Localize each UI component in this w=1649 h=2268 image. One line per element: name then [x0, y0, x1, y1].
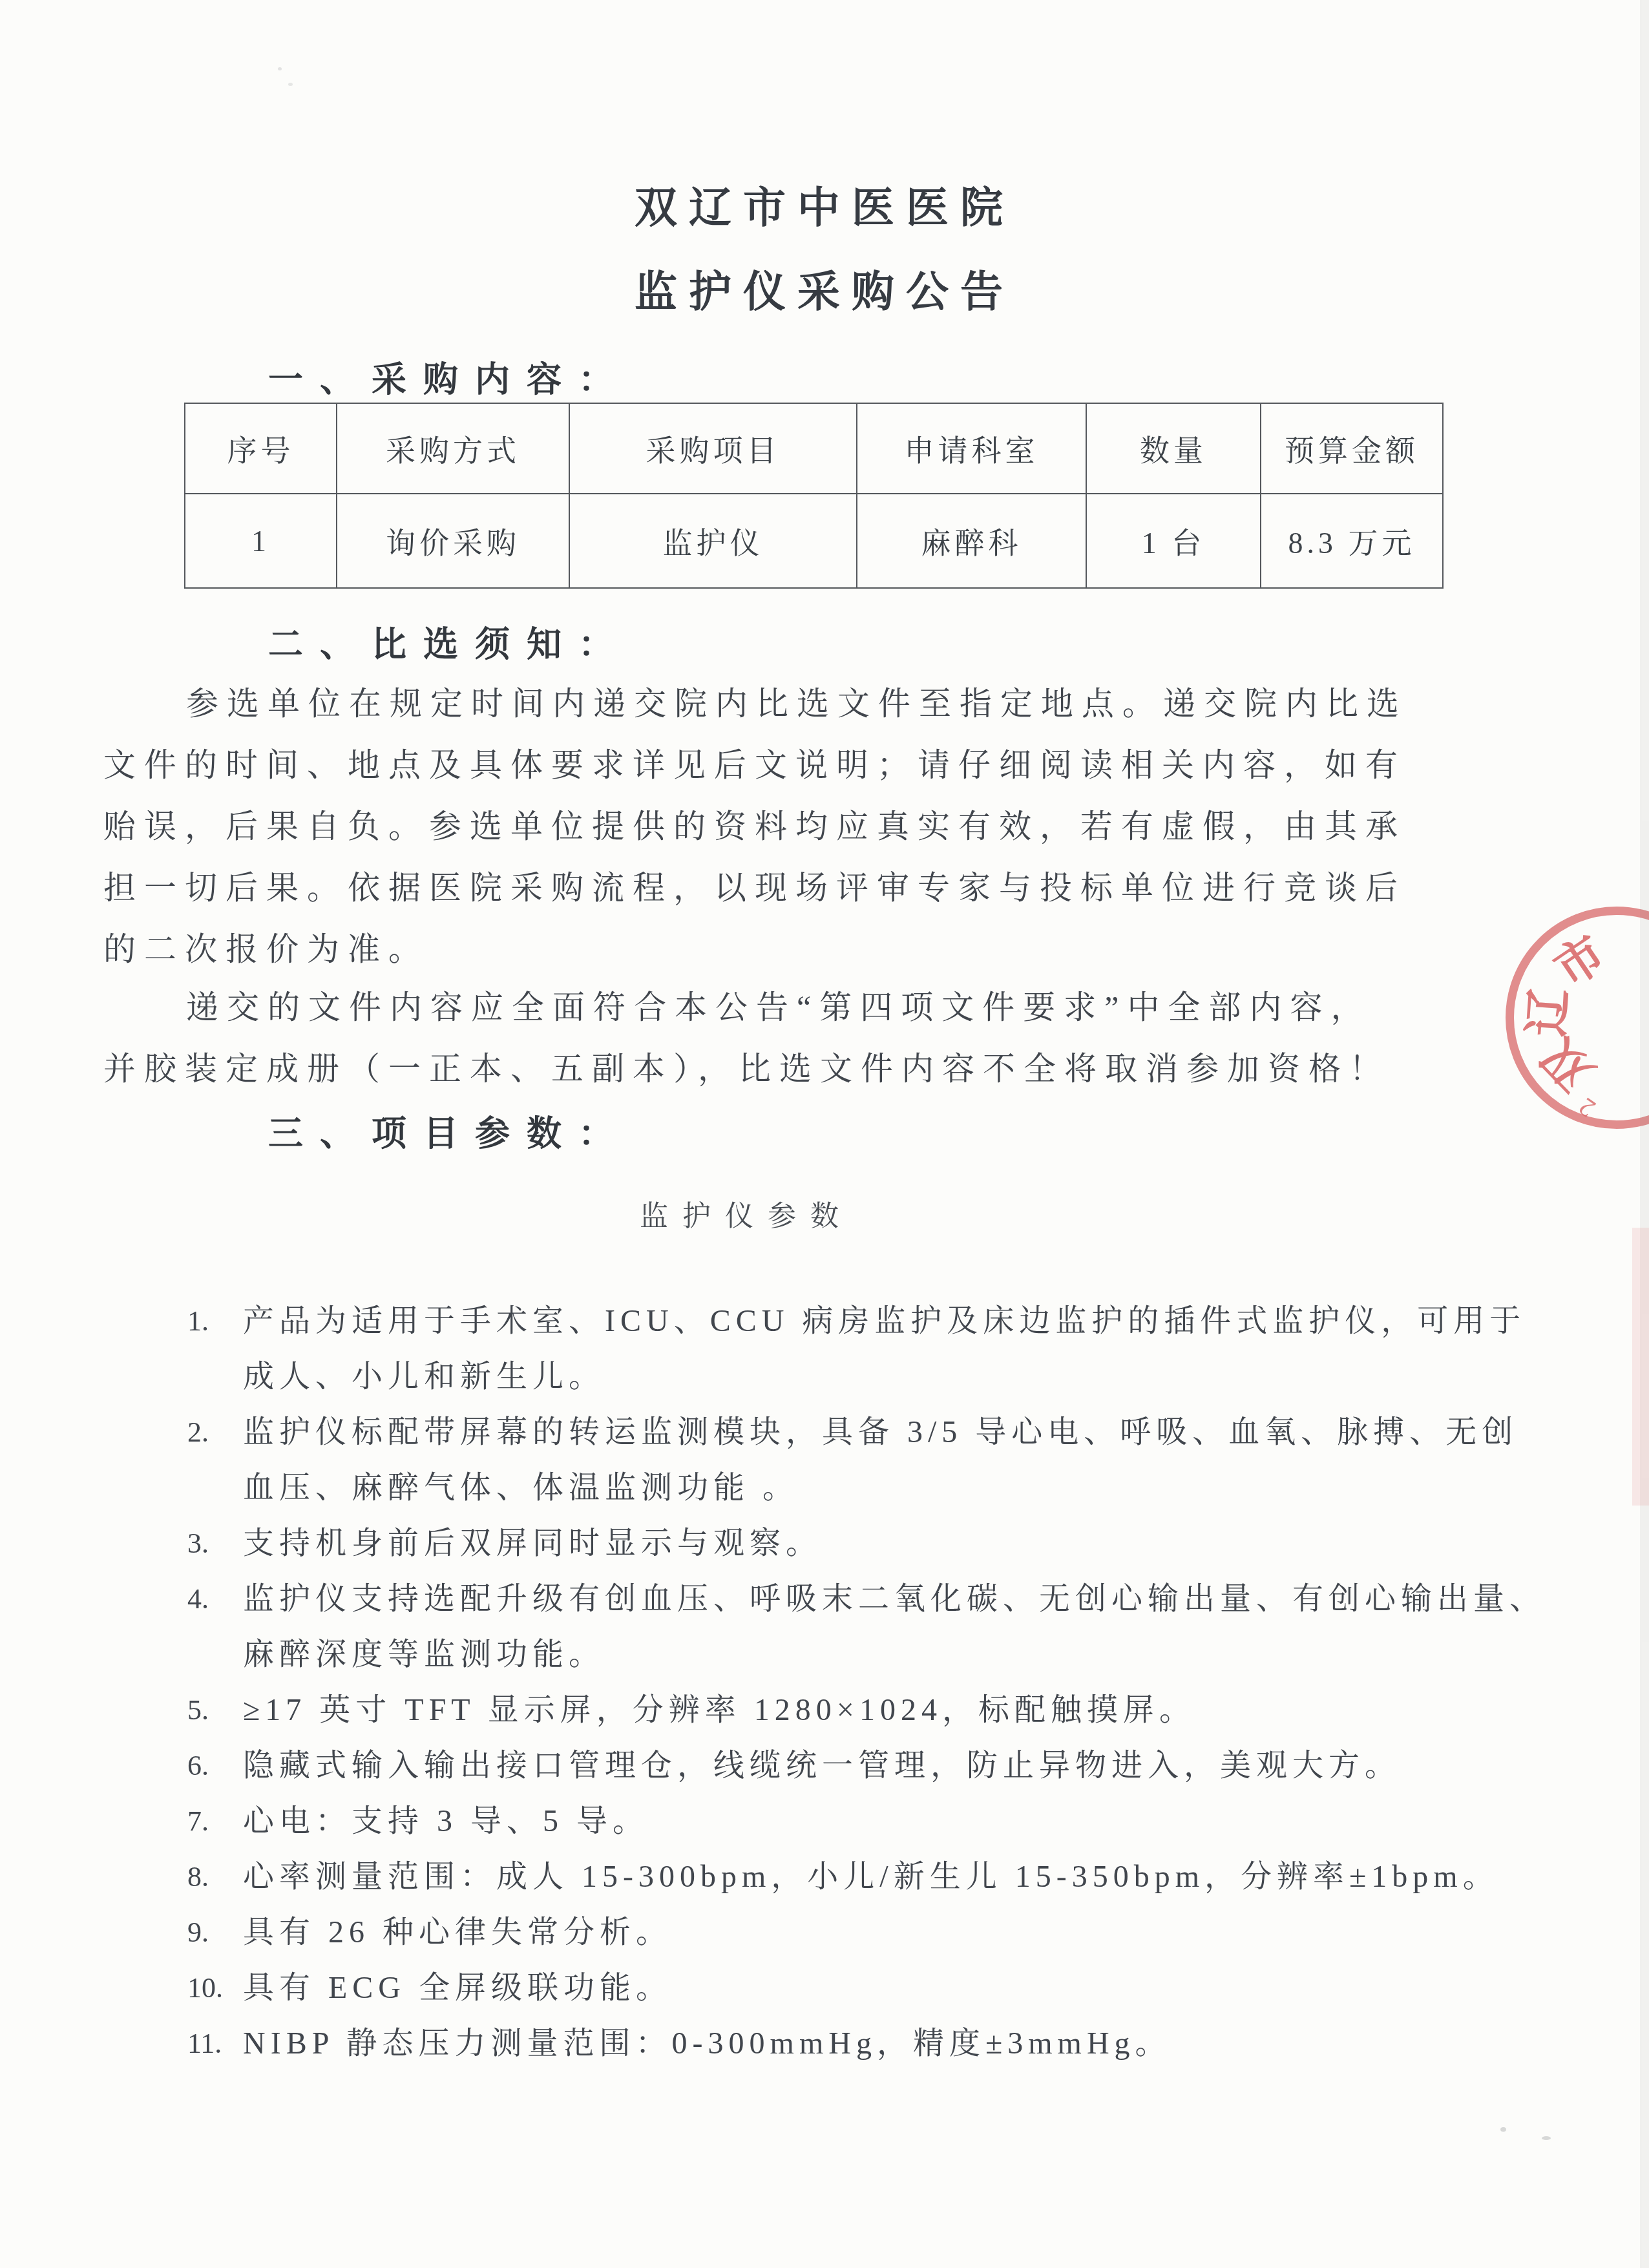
scan-speck [278, 67, 282, 70]
table-cell-department: 麻醉科 [857, 494, 1086, 588]
scan-speck [1542, 2136, 1551, 2140]
table-header-cell: 序号 [185, 403, 337, 494]
title-line-2: 监护仪采购公告 [0, 251, 1649, 335]
parameter-list: 1. 产品为适用于手术室、ICU、CCU 病房监护及床边监护的插件式监护仪，可用… [187, 1294, 1648, 2072]
table-header-cell: 数量 [1086, 403, 1261, 494]
seal-ink-smear [1632, 1228, 1649, 1506]
list-item: 8. 心率测量范围：成人 15-300bpm，小儿/新生儿 15-350bpm，… [187, 1849, 1648, 1905]
list-item-text: 支持机身前后双屏同时显示与观察。 [243, 1516, 1648, 1571]
scan-speck [288, 83, 293, 86]
list-item-number: 7. [187, 1794, 243, 1849]
table-header-cell: 预算金额 [1261, 403, 1443, 494]
section1-heading: 一、采购内容： [268, 352, 630, 402]
list-item: 2. 监护仪标配带屏幕的转运监测模块，具备 3/5 导心电、呼吸、血氧、脉搏、无… [187, 1405, 1648, 1516]
list-item-number: 10. [187, 1960, 243, 2016]
table-cell-seq: 1 [185, 494, 337, 588]
list-item: 1. 产品为适用于手术室、ICU、CCU 病房监护及床边监护的插件式监护仪，可用… [187, 1294, 1648, 1405]
list-item-text: 具有 ECG 全屏级联功能。 [243, 1960, 1648, 2016]
table-data-row: 1 询价采购 监护仪 麻醉科 1 台 8.3 万元 [185, 494, 1443, 588]
list-item: 6. 隐藏式输入输出接口管理仓，线缆统一管理，防止异物进入，美观大方。 [187, 1738, 1648, 1794]
list-item: 9. 具有 26 种心律失常分析。 [187, 1905, 1648, 1960]
table-cell-quantity: 1 台 [1086, 494, 1261, 588]
section2-heading: 二、比选须知： [268, 617, 630, 667]
list-item-number: 5. [187, 1683, 243, 1738]
list-item-text: 监护仪标配带屏幕的转运监测模块，具备 3/5 导心电、呼吸、血氧、脉搏、无创 血… [243, 1405, 1648, 1516]
table-header-cell: 采购方式 [337, 403, 569, 494]
procurement-table: 序号 采购方式 采购项目 申请科室 数量 预算金额 1 询价采购 监护仪 麻醉科… [184, 403, 1444, 589]
table-cell-method: 询价采购 [337, 494, 569, 588]
scan-edge-shadow [1640, 0, 1649, 2268]
list-item-text: NIBP 静态压力测量范围：0-300mmHg，精度±3mmHg。 [243, 2016, 1648, 2072]
list-item-text: 隐藏式输入输出接口管理仓，线缆统一管理，防止异物进入，美观大方。 [243, 1738, 1648, 1794]
list-item-number: 4. [187, 1571, 243, 1627]
title-line-1: 双辽市中医医院 [0, 167, 1649, 251]
list-item: 5. ≥17 英寸 TFT 显示屏，分辨率 1280×1024，标配触摸屏。 [187, 1683, 1648, 1738]
list-item-number: 8. [187, 1849, 243, 1905]
list-item: 11. NIBP 静态压力测量范围：0-300mmHg，精度±3mmHg。 [187, 2016, 1648, 2072]
list-item-number: 9. [187, 1905, 243, 1960]
list-item: 7. 心电：支持 3 导、5 导。 [187, 1794, 1648, 1849]
table-header-row: 序号 采购方式 采购项目 申请科室 数量 预算金额 [185, 403, 1443, 494]
parameters-subtitle: 监护仪参数 [103, 1193, 1389, 1234]
list-item-text: 监护仪支持选配升级有创血压、呼吸末二氧化碳、无创心输出量、有创心输出量、 麻醉深… [243, 1571, 1648, 1683]
seal-character: 辽 [1524, 987, 1575, 1038]
notice-paragraph-2: 递交的文件内容应全面符合本公告“第四项文件要求”中全部内容， 并胶装定成册（一正… [103, 977, 1577, 1100]
list-item-text: 产品为适用于手术室、ICU、CCU 病房监护及床边监护的插件式监护仪，可用于 成… [243, 1294, 1648, 1405]
list-item: 10. 具有 ECG 全屏级联功能。 [187, 1960, 1648, 2016]
list-item: 4. 监护仪支持选配升级有创血压、呼吸末二氧化碳、无创心输出量、有创心输出量、 … [187, 1571, 1648, 1683]
table-header-cell: 采购项目 [569, 403, 857, 494]
list-item-number: 2. [187, 1405, 243, 1460]
notice-paragraph-1: 参选单位在规定时间内递交院内比选文件至指定地点。递交院内比选 文件的时间、地点及… [103, 673, 1577, 980]
scan-speck [1500, 2127, 1506, 2132]
scanned-document-page: 双辽市中医医院 监护仪采购公告 一、采购内容： 序号 采购方式 采购项目 申请科… [0, 0, 1649, 2268]
list-item-text: 心率测量范围：成人 15-300bpm，小儿/新生儿 15-350bpm，分辨率… [243, 1849, 1648, 1905]
document-title: 双辽市中医医院 监护仪采购公告 [0, 167, 1649, 335]
list-item-number: 6. [187, 1738, 243, 1794]
list-item-number: 11. [187, 2016, 243, 2072]
section3-heading: 三、项目参数： [268, 1106, 630, 1156]
list-item-text: ≥17 英寸 TFT 显示屏，分辨率 1280×1024，标配触摸屏。 [243, 1683, 1648, 1738]
list-item: 3. 支持机身前后双屏同时显示与观察。 [187, 1516, 1648, 1571]
table-cell-budget: 8.3 万元 [1261, 494, 1443, 588]
list-item-text: 心电：支持 3 导、5 导。 [243, 1794, 1648, 1849]
list-item-number: 3. [187, 1516, 243, 1571]
list-item-text: 具有 26 种心律失常分析。 [243, 1905, 1648, 1960]
table-cell-item: 监护仪 [569, 494, 857, 588]
list-item-number: 1. [187, 1294, 243, 1349]
table-header-cell: 申请科室 [857, 403, 1086, 494]
